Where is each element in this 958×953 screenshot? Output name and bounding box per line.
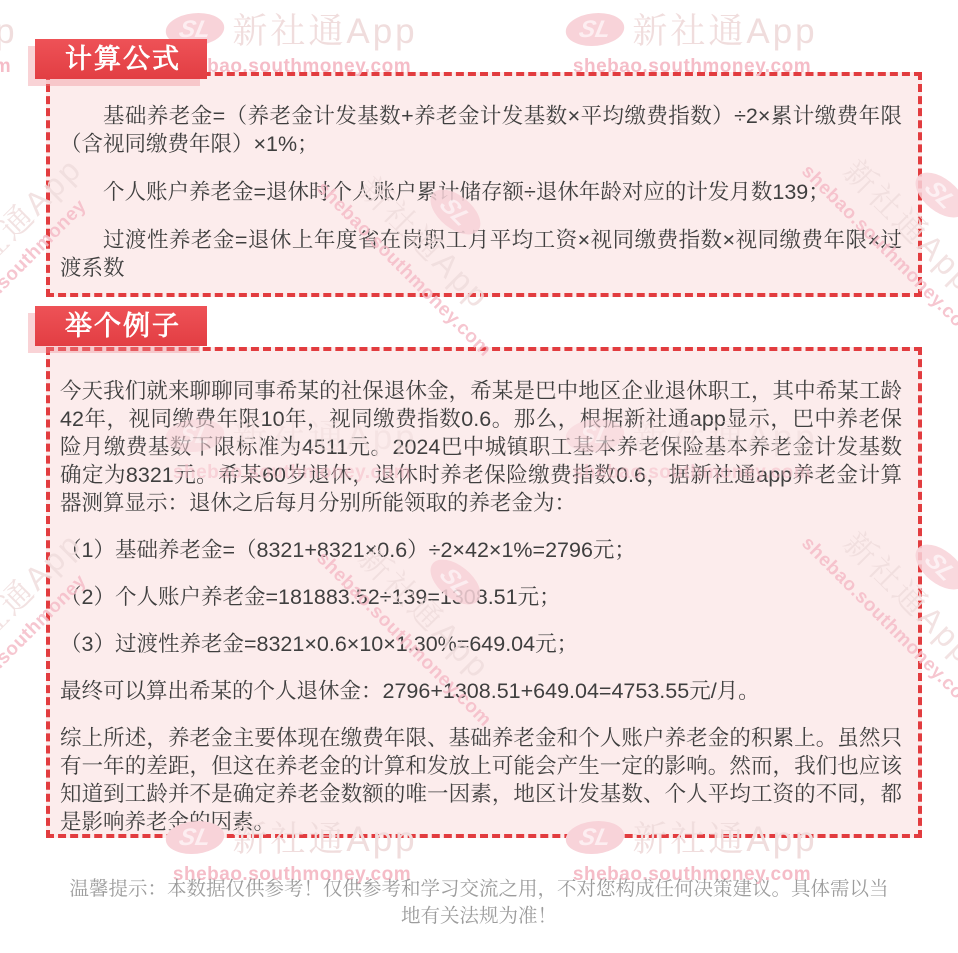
section-badge-formula: 计算公式	[35, 39, 207, 79]
watermark-site: shebao.southmoney.com	[942, 56, 958, 78]
example-calc-transitional: （3）过渡性养老金=8321×0.6×10×1.30%=649.04元；	[60, 630, 902, 658]
watermark-brand: 新社通App	[632, 4, 817, 54]
section-badge-example: 举个例子	[35, 306, 207, 346]
example-total-result: 最终可以算出希某的个人退休金：2796+1308.51+649.04=4753.…	[60, 677, 902, 705]
example-calc-basic: （1）基础养老金=（8321+8321×0.6）÷2×42×1%=2796元；	[60, 536, 902, 564]
formula-basic-pension: 基础养老金=（养老金计发基数+养老金计发基数×平均缴费指数）÷2×累计缴费年限（…	[60, 102, 902, 158]
formula-panel: 基础养老金=（养老金计发基数+养老金计发基数×平均缴费指数）÷2×累计缴费年限（…	[46, 72, 922, 297]
watermark-top-2: SL 新社通App shebao.southmoney.com	[542, 4, 842, 78]
example-panel: 今天我们就来聊聊同事希某的社保退休金，希某是巴中地区企业退休职工，其中希某工龄4…	[46, 347, 922, 838]
example-calc-personal-account: （2）个人账户养老金=181883.52÷139=1308.51元；	[60, 583, 902, 611]
formula-personal-account-pension: 个人账户养老金=退休时个人账户累计储存额÷退休年龄对应的计发月数139；	[60, 178, 902, 206]
example-intro: 今天我们就来聊聊同事希某的社保退休金，希某是巴中地区企业退休职工，其中希某工龄4…	[60, 377, 902, 517]
example-conclusion: 综上所述，养老金主要体现在缴费年限、基础养老金和个人账户养老金的积累上。虽然只有…	[60, 724, 902, 836]
watermark-top-right-clipped: SL 新社通App shebao.southmoney.com	[942, 4, 958, 78]
sl-logo-icon: SL	[563, 13, 628, 46]
watermark-brand: 新社通App	[0, 4, 18, 54]
formula-transitional-pension: 过渡性养老金=退休上年度省在岗职工月平均工资×视同缴费指数×视同缴费年限×过渡系…	[60, 226, 902, 282]
footer-disclaimer: 温馨提示：本数据仅供参考！仅供参考和学习交流之用，不对您构成任何决策建议。具体需…	[0, 876, 958, 930]
watermark-brand: 新社通App	[232, 4, 417, 54]
